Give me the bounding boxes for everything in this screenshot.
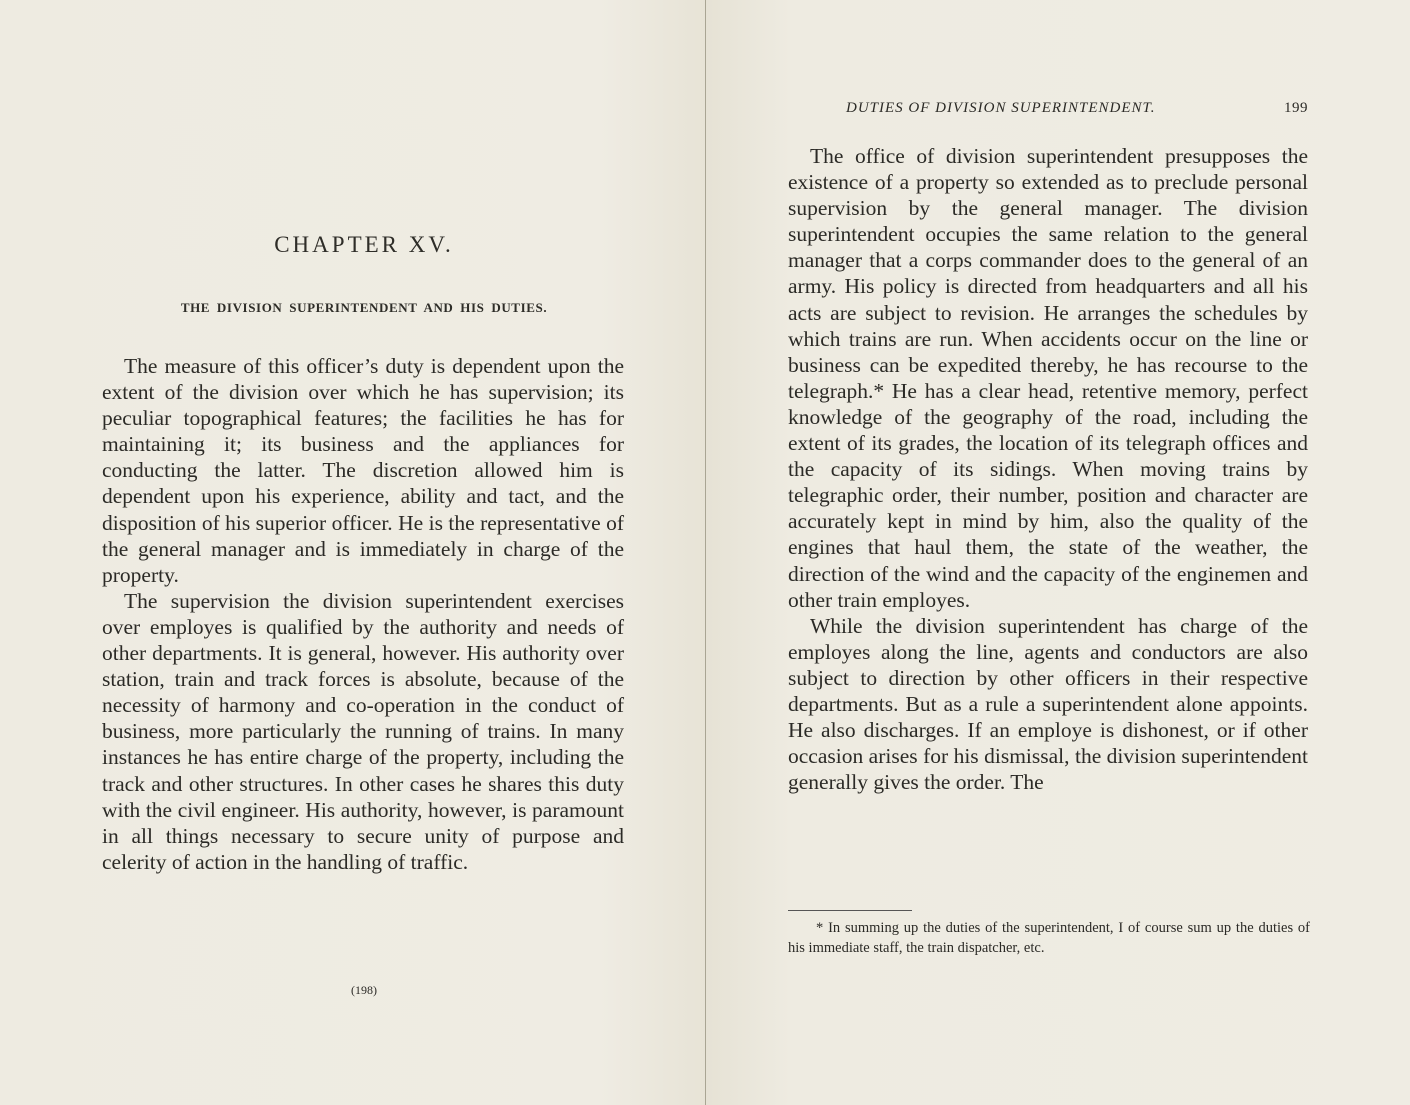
footnote: * In summing up the duties of the superi…	[788, 918, 1310, 958]
running-head-title: DUTIES OF DIVISION SUPERINTENDENT.	[846, 100, 1156, 116]
right-page: DUTIES OF DIVISION SUPERINTENDENT. 199 T…	[706, 0, 1410, 1105]
running-head: DUTIES OF DIVISION SUPERINTENDENT. 199	[846, 100, 1308, 117]
paragraph: While the division superintendent has ch…	[788, 613, 1308, 796]
page-folio: (198)	[300, 983, 428, 998]
paragraph: The supervision the division superintend…	[102, 588, 624, 875]
chapter-subtitle: THE DIVISION SUPERINTENDENT AND HIS DUTI…	[100, 300, 628, 316]
chapter-title: CHAPTER XV.	[100, 232, 628, 258]
left-body-text: The measure of this officer’s duty is de…	[102, 353, 624, 875]
paragraph: The office of division superintendent pr…	[788, 143, 1308, 613]
page-number: 199	[1284, 100, 1308, 117]
book-spread: CHAPTER XV. THE DIVISION SUPERINTENDENT …	[0, 0, 1410, 1105]
right-body-text: The office of division superintendent pr…	[788, 143, 1308, 795]
left-page: CHAPTER XV. THE DIVISION SUPERINTENDENT …	[0, 0, 706, 1105]
footnote-divider	[788, 910, 912, 911]
paragraph: The measure of this officer’s duty is de…	[102, 353, 624, 588]
